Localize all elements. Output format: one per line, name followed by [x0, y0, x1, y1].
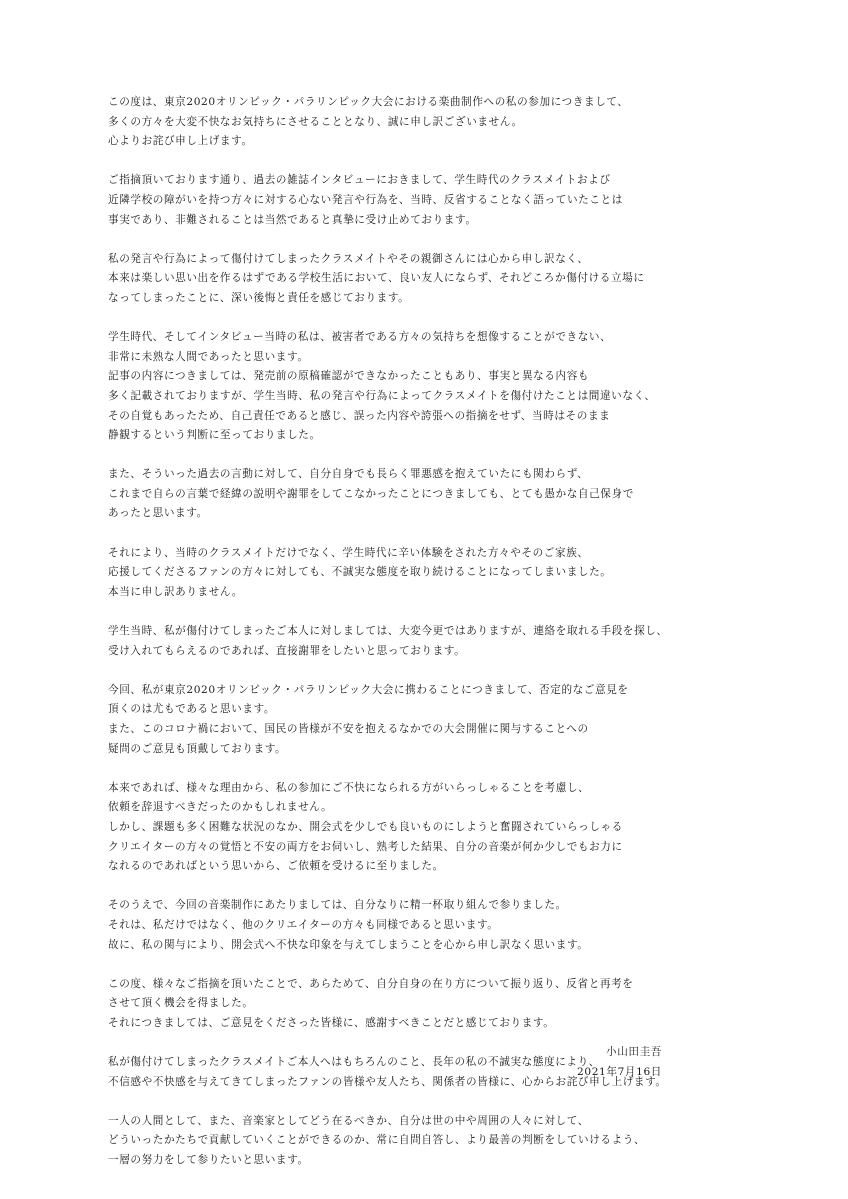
text-line: なれるのであればという思いから、ご依頼を受けるに至りました。 — [108, 857, 708, 877]
text-line: 依頼を辞退すべきだったのかもしれません。 — [108, 798, 708, 818]
signature-name: 小山田圭吾 — [577, 1043, 662, 1063]
paragraph: 私の発言や行為によって傷付けてしまったクラスメイトやその親御さんには心から申し訳… — [108, 250, 708, 309]
document-page: この度は、東京2020オリンピック・パラリンピック大会における楽曲制作への私の参… — [0, 0, 848, 1199]
text-line: させて頂く機会を得ました。 — [108, 994, 708, 1014]
text-line: そのうえで、今回の音楽制作にあたりましては、自分なりに精一杯取り組んで参りました… — [108, 896, 708, 916]
text-line: なってしまったことに、深い後悔と責任を感じております。 — [108, 289, 708, 309]
text-line: 疑問のご意見も頂戴しております。 — [108, 740, 708, 760]
text-line: 本来は楽しい思い出を作るはずである学校生活において、良い友人にならず、それどころ… — [108, 269, 708, 289]
paragraph: 学生当時、私が傷付けてしまったご本人に対しましては、大変今更ではありますが、連絡… — [108, 622, 708, 661]
text-line: それは、私だけではなく、他のクリエイターの方々も同様であると思います。 — [108, 916, 708, 936]
paragraph: この度、様々なご指摘を頂いたことで、あらためて、自分自身の在り方について振り返り… — [108, 975, 708, 1034]
text-line: 非常に未熟な人間であったと思います。 — [108, 348, 708, 368]
text-line: その自覚もあったため、自己責任であると感じ、誤った内容や誇張への指摘をせず、当時… — [108, 407, 708, 427]
text-line: 故に、私の関与により、開会式へ不快な印象を与えてしまうことを心から申し訳なく思い… — [108, 936, 708, 956]
text-line: 心よりお詫び申し上げます。 — [108, 132, 708, 152]
text-line: 学生時代、そしてインタビュー当時の私は、被害者である方々の気持ちを想像することが… — [108, 328, 708, 348]
text-line: それにつきましては、ご意見をくださった皆様に、感謝すべきことだと感じております。 — [108, 1014, 708, 1034]
text-line: この度、様々なご指摘を頂いたことで、あらためて、自分自身の在り方について振り返り… — [108, 975, 708, 995]
text-line: あったと思います。 — [108, 504, 708, 524]
statement-body: この度は、東京2020オリンピック・パラリンピック大会における楽曲制作への私の参… — [108, 93, 708, 1190]
text-line: 今回、私が東京2020オリンピック・パラリンピック大会に携わることにつきまして、… — [108, 681, 708, 701]
text-line: 一層の努力をして参りたいと思います。 — [108, 1151, 708, 1171]
text-line: 多く記載されておりますが、学生当時、私の発言や行為によってクラスメイトを傷付けた… — [108, 387, 708, 407]
paragraph: それにより、当時のクラスメイトだけでなく、学生時代に辛い体験をされた方々やそのご… — [108, 544, 708, 603]
text-line: この度は、東京2020オリンピック・パラリンピック大会における楽曲制作への私の参… — [108, 93, 708, 113]
text-line: また、このコロナ禍において、国民の皆様が不安を抱えるなかでの大会開催に関与するこ… — [108, 720, 708, 740]
signature-block: 小山田圭吾 2021年7月16日 — [577, 1043, 662, 1082]
text-line: 事実であり、非難されることは当然であると真摯に受け止めております。 — [108, 211, 708, 231]
signature-date: 2021年7月16日 — [577, 1063, 662, 1083]
text-line: 多くの方々を大変不快なお気持ちにさせることとなり、誠に申し訳ございません。 — [108, 113, 708, 133]
text-line: 静観するという判断に至っておりました。 — [108, 426, 708, 446]
paragraph: そのうえで、今回の音楽制作にあたりましては、自分なりに精一杯取り組んで参りました… — [108, 896, 708, 955]
text-line: また、そういった過去の言動に対して、自分自身でも長らく罪悪感を抱えていたにも関わ… — [108, 465, 708, 485]
text-line: 受け入れてもらえるのであれば、直接謝罪をしたいと思っております。 — [108, 642, 708, 662]
paragraph: ご指摘頂いております通り、過去の雑誌インタビューにおきまして、学生時代のクラスメ… — [108, 171, 708, 230]
text-line: 本当に申し訳ありません。 — [108, 583, 708, 603]
paragraph: この度は、東京2020オリンピック・パラリンピック大会における楽曲制作への私の参… — [108, 93, 708, 152]
text-line: クリエイターの方々の覚悟と不安の両方をお伺いし、熟考した結果、自分の音楽が何か少… — [108, 838, 708, 858]
text-line: しかし、課題も多く困難な状況のなか、開会式を少しでも良いものにしようと奮闘されて… — [108, 818, 708, 838]
text-line: どういったかたちで貢献していくことができるのか、常に自問自答し、より最善の判断を… — [108, 1131, 708, 1151]
paragraph: 本来であれば、様々な理由から、私の参加にご不快になられる方がいらっしゃることを考… — [108, 779, 708, 877]
text-line: 応援してくださるファンの方々に対しても、不誠実な態度を取り続けることになってしま… — [108, 563, 708, 583]
paragraph: 今回、私が東京2020オリンピック・パラリンピック大会に携わることにつきまして、… — [108, 681, 708, 759]
text-line: 学生当時、私が傷付けてしまったご本人に対しましては、大変今更ではありますが、連絡… — [108, 622, 708, 642]
text-line: 近隣学校の障がいを持つ方々に対する心ない発言や行為を、当時、反省することなく語っ… — [108, 191, 708, 211]
text-line: 記事の内容につきましては、発売前の原稿確認ができなかったこともあり、事実と異なる… — [108, 367, 708, 387]
text-line: 一人の人間として、また、音楽家としてどう在るべきか、自分は世の中や周囲の人々に対… — [108, 1112, 708, 1132]
text-line: 私の発言や行為によって傷付けてしまったクラスメイトやその親御さんには心から申し訳… — [108, 250, 708, 270]
text-line: 本来であれば、様々な理由から、私の参加にご不快になられる方がいらっしゃることを考… — [108, 779, 708, 799]
text-line: それにより、当時のクラスメイトだけでなく、学生時代に辛い体験をされた方々やそのご… — [108, 544, 708, 564]
paragraph: また、そういった過去の言動に対して、自分自身でも長らく罪悪感を抱えていたにも関わ… — [108, 465, 708, 524]
text-line: ご指摘頂いております通り、過去の雑誌インタビューにおきまして、学生時代のクラスメ… — [108, 171, 708, 191]
text-line: 頂くのは尤もであると思います。 — [108, 700, 708, 720]
text-line: これまで自らの言葉で経緯の説明や謝罪をしてこなかったことにつきましても、とても愚… — [108, 485, 708, 505]
paragraph: 一人の人間として、また、音楽家としてどう在るべきか、自分は世の中や周囲の人々に対… — [108, 1112, 708, 1171]
paragraph: 学生時代、そしてインタビュー当時の私は、被害者である方々の気持ちを想像することが… — [108, 328, 708, 446]
